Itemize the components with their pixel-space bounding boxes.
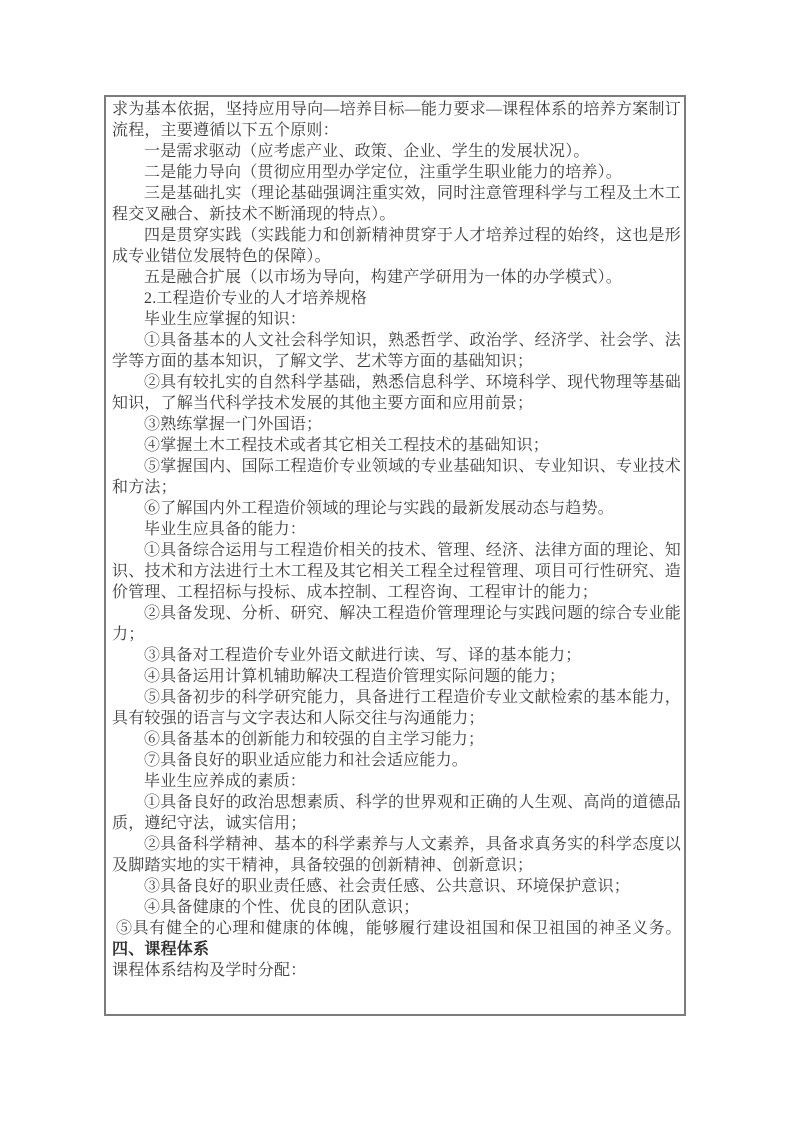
paragraph: ⑤具有健全的心理和健康的体魄，能够履行建设祖国和保卫祖国的神圣义务。	[112, 918, 681, 939]
paragraph: ④掌握土木工程技术或者其它相关工程技术的基础知识；	[112, 435, 681, 456]
paragraph: 课程体系结构及学时分配：	[112, 960, 681, 981]
document-page: 求为基本依据，坚持应用导向—培养目标—能力要求—课程体系的培养方案制订流程，主要…	[0, 0, 800, 1131]
paragraph: ⑥具备基本的创新能力和较强的自主学习能力；	[112, 729, 681, 750]
paragraph: ②具有较扎实的自然科学基础，熟悉信息科学、环境科学、现代物理等基础知识，了解当代…	[112, 372, 681, 414]
paragraph: ⑦具备良好的职业适应能力和社会适应能力。	[112, 750, 681, 771]
document-table-cell: 求为基本依据，坚持应用导向—培养目标—能力要求—课程体系的培养方案制订流程，主要…	[104, 95, 686, 1016]
paragraph: ⑤具备初步的科学研究能力，具备进行工程造价专业文献检索的基本能力，具有较强的语言…	[112, 687, 681, 729]
paragraph: 毕业生应掌握的知识：	[112, 309, 681, 330]
paragraph: ④具备运用计算机辅助解决工程造价管理实际问题的能力；	[112, 666, 681, 687]
paragraph: 一是需求驱动（应考虑产业、政策、企业、学生的发展状况）。	[112, 141, 681, 162]
paragraph: ②具备科学精神、基本的科学素养与人文素养，具备求真务实的科学态度以及脚踏实地的实…	[112, 834, 681, 876]
paragraph: ③具备对工程造价专业外语文献进行读、写、译的基本能力；	[112, 645, 681, 666]
paragraph: ③具备良好的职业责任感、社会责任感、公共意识、环境保护意识；	[112, 876, 681, 897]
paragraph: ⑥了解国内外工程造价领域的理论与实践的最新发展动态与趋势。	[112, 498, 681, 519]
paragraph: ①具备良好的政治思想素质、科学的世界观和正确的人生观、高尚的道德品质，遵纪守法，…	[112, 792, 681, 834]
paragraph: ①具备基本的人文社会科学知识，熟悉哲学、政治学、经济学、社会学、法学等方面的基本…	[112, 330, 681, 372]
paragraph: 二是能力导向（贯彻应用型办学定位，注重学生职业能力的培养）。	[112, 162, 681, 183]
paragraph: ②具备发现、分析、研究、解决工程造价管理理论与实践问题的综合专业能力；	[112, 603, 681, 645]
paragraph: ③熟练掌握一门外国语；	[112, 414, 681, 435]
paragraph: ①具备综合运用与工程造价相关的技术、管理、经济、法律方面的理论、知识、技术和方法…	[112, 540, 681, 603]
paragraph: 毕业生应养成的素质：	[112, 771, 681, 792]
paragraph: 四是贯穿实践（实践能力和创新精神贯穿于人才培养过程的始终，这也是形成专业错位发展…	[112, 225, 681, 267]
paragraph: ⑤掌握国内、国际工程造价专业领域的专业基础知识、专业知识、专业技术和方法；	[112, 456, 681, 498]
section-heading: 四、课程体系	[112, 939, 681, 960]
paragraph: ④具备健康的个性、优良的团队意识；	[112, 897, 681, 918]
paragraph: 2.工程造价专业的人才培养规格	[112, 288, 681, 309]
paragraph: 求为基本依据，坚持应用导向—培养目标—能力要求—课程体系的培养方案制订流程，主要…	[112, 99, 681, 141]
paragraph: 五是融合扩展（以市场为导向，构建产学研用为一体的办学模式）。	[112, 267, 681, 288]
paragraph: 三是基础扎实（理论基础强调注重实效，同时注意管理科学与工程及土木工程交叉融合、新…	[112, 183, 681, 225]
paragraph: 毕业生应具备的能力：	[112, 519, 681, 540]
